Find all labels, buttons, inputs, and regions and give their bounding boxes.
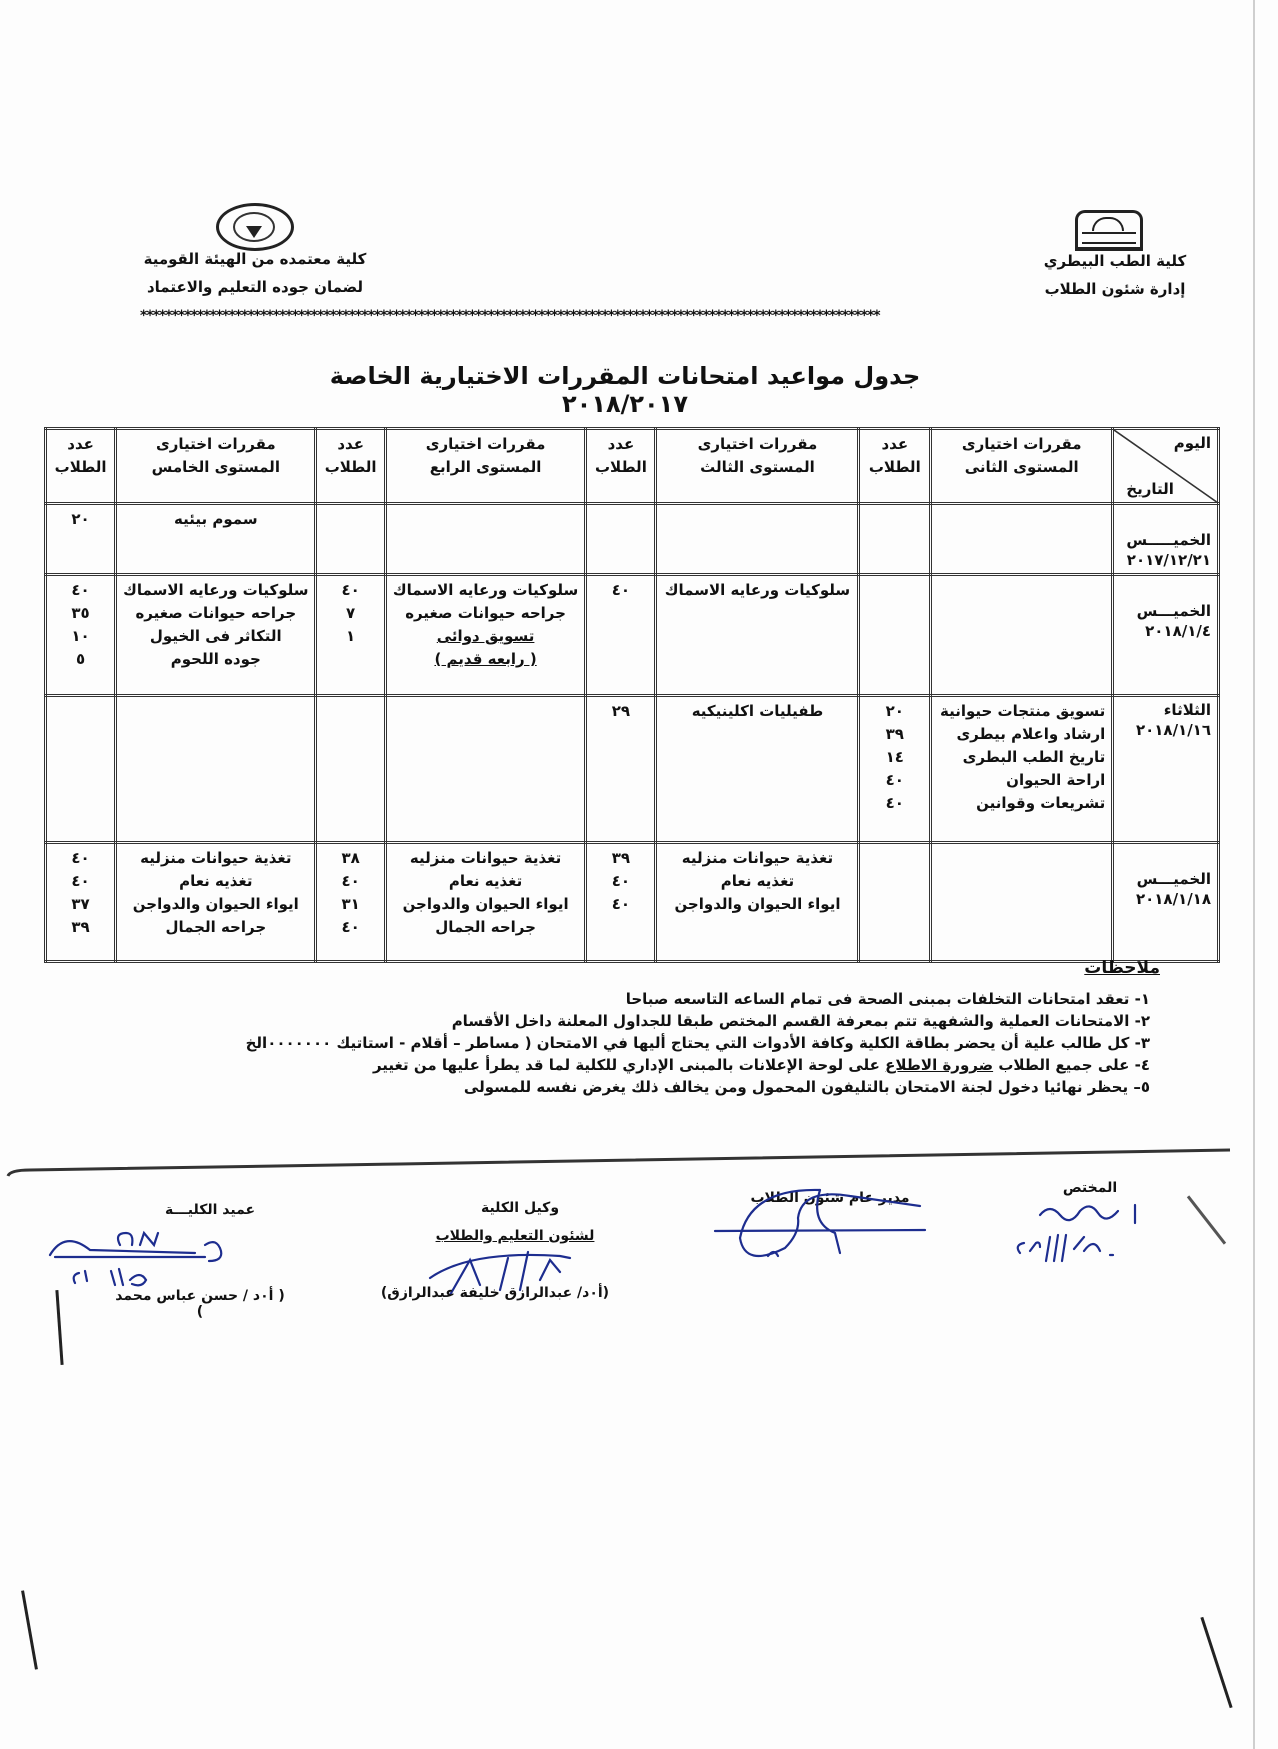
level5-courses-cell: سلوكيات ورعايه الاسماك جراحه حيوانات صغي…: [116, 575, 316, 696]
level5-counts-cell: [46, 696, 116, 843]
header-line: عدد: [53, 433, 108, 456]
header-line: مقررات اختيارى: [123, 433, 308, 456]
level3-counts-cell: ٢٩: [586, 696, 656, 843]
student-count: ١٤: [866, 746, 923, 769]
course-name: التكاثر فى الخيول: [123, 625, 308, 648]
dean-name: ( أ٠د / حسن عباس محمد ): [110, 1288, 290, 1320]
course-name: تغذية حيوانات منزليه: [393, 847, 579, 870]
course-name: سموم بيئيه: [123, 508, 308, 531]
dean-title: عميد الكليـــة: [150, 1202, 270, 1218]
note-item: ٣- كل طالب علية أن يحضر بطاقة الكلية وكا…: [320, 1032, 1150, 1054]
level2-courses-cell: [931, 504, 1113, 575]
notes-title: ملاحظات: [320, 958, 1160, 978]
student-count: ٣٩: [53, 916, 108, 939]
level4-counts-cell: ٣٨ ٤٠ ٣١ ٤٠: [316, 843, 385, 962]
student-count: ١٠: [53, 625, 108, 648]
level3-counts-cell: ٤٠: [586, 575, 656, 696]
course-name: تاريخ الطب البطرى: [938, 746, 1105, 769]
level4-courses-cell: سلوكيات ورعايه الاسماك جراحه حيوانات صغي…: [385, 575, 586, 696]
clerk-title: المختص: [1040, 1180, 1140, 1196]
header-line: المستوى الثالث: [663, 456, 851, 479]
level3-courses-cell: طفيليات اكلينيكيه: [656, 696, 859, 843]
vice-dean-title: وكيل الكلية: [460, 1200, 580, 1216]
day-name: الثلاثاء: [1120, 700, 1211, 720]
note-item: ١- تعقد امتحانات التخلفات بمبنى الصحة فى…: [320, 988, 1150, 1010]
date-header-label: التاريخ: [1126, 480, 1174, 498]
note-item: ٤- على جميع الطلاب ضرورة الاطلاع على لوح…: [320, 1054, 1150, 1076]
day-cell: الخميـــــس ٢٠١٧/١٢/٢١: [1113, 504, 1219, 575]
header-line: المستوى الخامس: [123, 456, 308, 479]
note-emphasis: ضرورة الاطلاع: [885, 1056, 993, 1074]
level5-courses-cell: سموم بيئيه: [116, 504, 316, 575]
level2-header: مقررات اختيارى المستوى الثانى: [931, 429, 1113, 504]
header-line: عدد: [593, 433, 648, 456]
notes-section: ملاحظات ١- تعقد امتحانات التخلفات بمبنى …: [320, 958, 1150, 1098]
course-name: تسويق منتجات حيوانية: [938, 700, 1105, 723]
level4-count-header: عدد الطلاب: [316, 429, 385, 504]
level2-counts-cell: [859, 504, 931, 575]
header-line: المستوى الرابع: [393, 456, 579, 479]
table-header-row: اليوم التاريخ مقررات اختيارى المستوى الث…: [46, 429, 1219, 504]
accreditation-line2: لضمان جوده التعليم والاعتماد: [130, 278, 380, 296]
student-count: ٣٨: [323, 847, 377, 870]
day-date: ٢٠١٨/١/١٦: [1120, 720, 1211, 740]
student-count: ٤٠: [593, 870, 648, 893]
student-count: ٥: [53, 648, 108, 671]
table-row: الخميـــــس ٢٠١٧/١٢/٢١ سموم بيئيه ٢٠: [46, 504, 1219, 575]
student-count: ٧: [323, 602, 377, 625]
level2-counts-cell: [859, 575, 931, 696]
level4-courses-cell: تغذية حيوانات منزليه تغذيه نعام ايواء ال…: [385, 843, 586, 962]
faculty-name: كلية الطب البيطري: [1040, 252, 1190, 270]
day-date: ٢٠١٨/١/٤: [1120, 621, 1211, 641]
level4-counts-cell: ٤٠ ٧ ١: [316, 575, 385, 696]
course-name: جراحه حيوانات صغيره: [393, 602, 579, 625]
level3-courses-cell: تغذية حيوانات منزليه تغذيه نعام ايواء ال…: [656, 843, 859, 962]
level2-courses-cell: تسويق منتجات حيوانية ارشاد واعلام بيطرى …: [931, 696, 1113, 843]
note-item: ٢- الامتحانات العملية والشفهية تتم بمعرف…: [320, 1010, 1150, 1032]
table-row: الثلاثاء ٢٠١٨/١/١٦ تسويق منتجات حيوانية …: [46, 696, 1219, 843]
header-line: مقررات اختيارى: [393, 433, 579, 456]
dean-signature: [45, 1225, 245, 1295]
day-cell: الخميـــس ٢٠١٨/١/١٨: [1113, 843, 1219, 962]
level4-courses-cell: [385, 696, 586, 843]
student-count: ٢٩: [593, 700, 648, 723]
student-count: ٢٠: [866, 700, 923, 723]
student-count: ٤٠: [323, 579, 377, 602]
level5-counts-cell: ٤٠ ٣٥ ١٠ ٥: [46, 575, 116, 696]
course-name: سلوكيات ورعايه الاسماك: [663, 579, 851, 602]
student-count: ٣١: [323, 893, 377, 916]
course-name: تشريعات وقوانين: [938, 792, 1105, 815]
note-text: على لوحة الإعلانات بالمبنى الإداري للكلي…: [373, 1056, 885, 1074]
course-name: ايواء الحيوان والدواجن: [663, 893, 851, 916]
student-count: ٣٧: [53, 893, 108, 916]
vice-dean-name: (أ٠د/ عبدالرازق خليفة عبدالرازق): [380, 1285, 610, 1301]
level2-courses-cell: [931, 575, 1113, 696]
department-name: إدارة شئون الطلاب: [1040, 280, 1190, 298]
student-count: ٤٠: [53, 847, 108, 870]
level2-counts-cell: [859, 843, 931, 962]
level2-counts-cell: ٢٠ ٣٩ ١٤ ٤٠ ٤٠: [859, 696, 931, 843]
note-item: ٥– يحظر نهائيا دخول لجنة الامتحان بالتلي…: [320, 1076, 1150, 1098]
student-count: ٤٠: [53, 579, 108, 602]
exam-schedule-table: اليوم التاريخ مقررات اختيارى المستوى الث…: [44, 427, 1220, 963]
student-count: ٤٠: [323, 916, 377, 939]
level3-courses-cell: [656, 504, 859, 575]
level2-count-header: عدد الطلاب: [859, 429, 931, 504]
day-name: الخميـــــس: [1120, 530, 1211, 550]
table-row: الخميـــس ٢٠١٨/١/٤ سلوكيات ورعايه الاسما…: [46, 575, 1219, 696]
day-name: الخميـــس: [1120, 869, 1211, 889]
level3-counts-cell: [586, 504, 656, 575]
course-name: سلوكيات ورعايه الاسماك: [393, 579, 579, 602]
student-count: ٤٠: [53, 870, 108, 893]
student-count: ٣٩: [866, 723, 923, 746]
naqaae-seal-icon: [216, 203, 294, 251]
level5-courses-cell: [116, 696, 316, 843]
level5-courses-cell: تغذية حيوانات منزليه تغذيه نعام ايواء ال…: [116, 843, 316, 962]
course-name: ايواء الحيوان والدواجن: [123, 893, 308, 916]
student-count: ٣٥: [53, 602, 108, 625]
page-title: جدول مواعيد امتحانات المقررات الاختيارية…: [300, 362, 950, 418]
course-name: تغذية حيوانات منزليه: [123, 847, 308, 870]
note-text: ٤- على جميع الطلاب: [993, 1056, 1150, 1074]
header-line: مقررات اختيارى: [938, 433, 1105, 456]
course-name: سلوكيات ورعايه الاسماك: [123, 579, 308, 602]
header-line: الطلاب: [866, 456, 923, 479]
student-count: ٤٠: [593, 579, 648, 602]
student-count: ٤٠: [866, 769, 923, 792]
course-name: ايواء الحيوان والدواجن: [393, 893, 579, 916]
course-name: جراحه الجمال: [123, 916, 308, 939]
director-signature: [710, 1178, 930, 1268]
day-cell: الخميـــس ٢٠١٨/١/٤: [1113, 575, 1219, 696]
level4-counts-cell: [316, 696, 385, 843]
level5-header: مقررات اختيارى المستوى الخامس: [116, 429, 316, 504]
student-count: ٤٠: [866, 792, 923, 815]
course-name: اراحة الحيوان: [938, 769, 1105, 792]
course-name: جراحه حيوانات صغيره: [123, 602, 308, 625]
accreditation-line1: كلية معتمده من الهيئة القومية: [130, 250, 380, 268]
level4-courses-cell: [385, 504, 586, 575]
header-line: الطلاب: [323, 456, 377, 479]
student-count: ٤٠: [593, 893, 648, 916]
course-name: جوده اللحوم: [123, 648, 308, 671]
header-line: الطلاب: [53, 456, 108, 479]
student-count: ١: [323, 625, 377, 648]
header-line: مقررات اختيارى: [663, 433, 851, 456]
course-note: ( رابعه قديم ): [393, 648, 579, 671]
header-line: عدد: [323, 433, 377, 456]
course-name: تغذيه نعام: [123, 870, 308, 893]
student-count: ٢٠: [53, 508, 108, 531]
course-name: تغذيه نعام: [393, 870, 579, 893]
level3-count-header: عدد الطلاب: [586, 429, 656, 504]
course-name: تسويق دوائى: [393, 625, 579, 648]
day-cell: الثلاثاء ٢٠١٨/١/١٦: [1113, 696, 1219, 843]
day-name: الخميـــس: [1120, 601, 1211, 621]
student-count: ٤٠: [323, 870, 377, 893]
header-line: عدد: [866, 433, 923, 456]
level5-count-header: عدد الطلاب: [46, 429, 116, 504]
level4-header: مقررات اختيارى المستوى الرابع: [385, 429, 586, 504]
paper-fold-line: [0, 1148, 1240, 1178]
level3-header: مقررات اختيارى المستوى الثالث: [656, 429, 859, 504]
course-name: طفيليات اكلينيكيه: [663, 700, 851, 723]
student-count: ٣٩: [593, 847, 648, 870]
course-name: جراحه الجمال: [393, 916, 579, 939]
level5-counts-cell: ٤٠ ٤٠ ٣٧ ٣٩: [46, 843, 116, 962]
day-header-label: اليوم: [1174, 434, 1211, 452]
header-line: المستوى الثانى: [938, 456, 1105, 479]
faculty-logo-icon: [1075, 210, 1143, 251]
course-name: تغذية حيوانات منزليه: [663, 847, 851, 870]
course-name: ارشاد واعلام بيطرى: [938, 723, 1105, 746]
day-date-header: اليوم التاريخ: [1113, 429, 1219, 504]
course-name: تغذيه نعام: [663, 870, 851, 893]
level5-counts-cell: ٢٠: [46, 504, 116, 575]
header-separator: ****************************************…: [140, 308, 1195, 324]
level4-counts-cell: [316, 504, 385, 575]
level2-courses-cell: [931, 843, 1113, 962]
clerk-signature: [1010, 1195, 1160, 1275]
level3-counts-cell: ٣٩ ٤٠ ٤٠: [586, 843, 656, 962]
table-row: الخميـــس ٢٠١٨/١/١٨ تغذية حيوانات منزليه…: [46, 843, 1219, 962]
day-date: ٢٠١٧/١٢/٢١: [1120, 550, 1211, 570]
day-date: ٢٠١٨/١/١٨: [1120, 889, 1211, 909]
level3-courses-cell: سلوكيات ورعايه الاسماك: [656, 575, 859, 696]
header-line: الطلاب: [593, 456, 648, 479]
